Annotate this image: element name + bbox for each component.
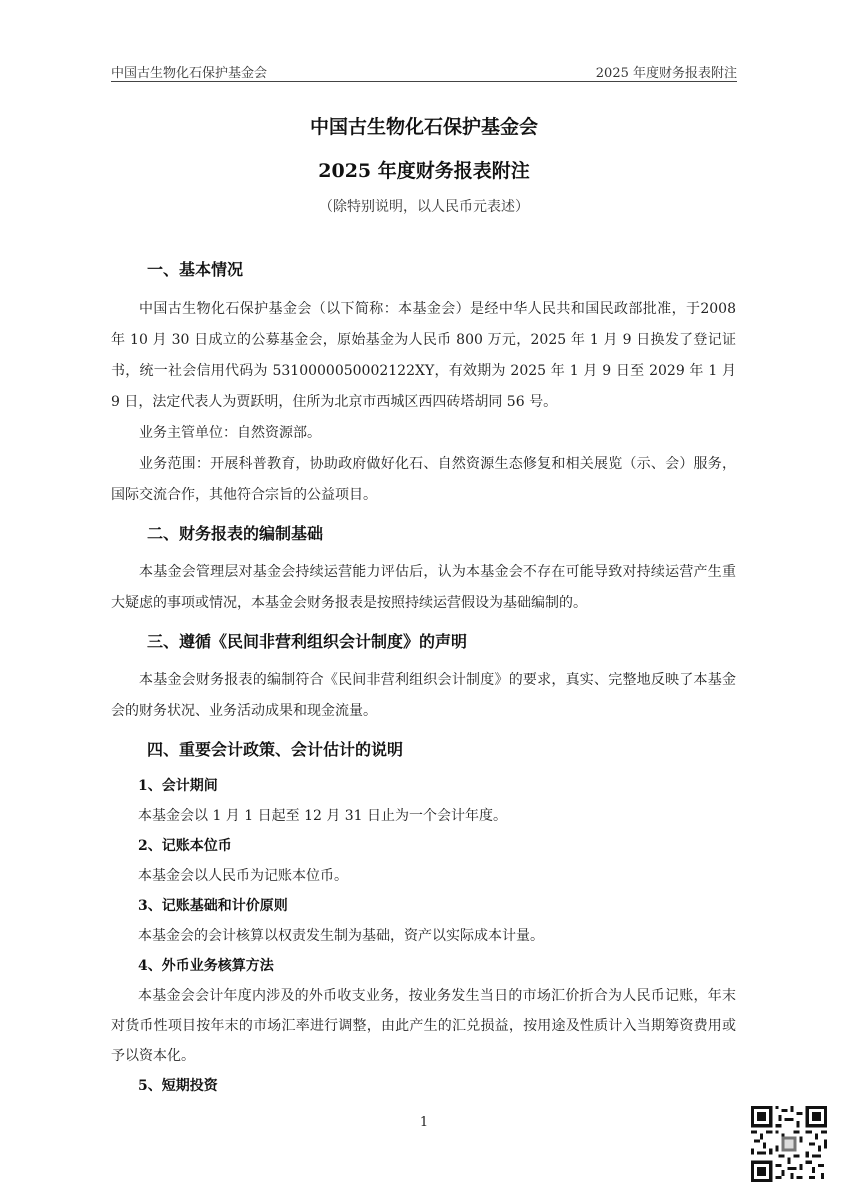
- document-subtitle: （除特别说明，以人民币元表述）: [0, 196, 848, 216]
- subsection-text-foreign-currency: 本基金会会计年度内涉及的外币收支业务，按业务发生当日的市场汇价折合为人民币记账，…: [111, 981, 736, 1071]
- header-org-name: 中国古生物化石保护基金会: [111, 62, 267, 81]
- subsection-text-accounting-basis: 本基金会的会计核算以权责发生制为基础，资产以实际成本计量。: [111, 921, 736, 951]
- paragraph-preparation-basis: 本基金会管理层对基金会持续运营能力评估后，认为本基金会不存在可能导致对持续运营产…: [111, 557, 736, 619]
- paragraph-basic-info: 中国古生物化石保护基金会（以下简称：本基金会）是经中华人民共和国民政部批准，于2…: [111, 294, 736, 418]
- paragraph-compliance: 本基金会财务报表的编制符合《民间非营利组织会计制度》的要求，真实、完整地反映了本…: [111, 665, 736, 727]
- section-heading-preparation-basis: 二、财务报表的编制基础: [111, 515, 736, 553]
- section-heading-accounting-policies: 四、重要会计政策、会计估计的说明: [111, 731, 736, 769]
- subsection-heading-functional-currency: 2、记账本位币: [111, 831, 736, 861]
- paragraph-business-scope: 业务范围：开展科普教育，协助政府做好化石、自然资源生态修复和相关展览（示、会）服…: [111, 449, 736, 511]
- header-doc-name: 2025 年度财务报表附注: [596, 62, 737, 81]
- subsection-heading-short-term-investment: 5、短期投资: [111, 1071, 736, 1101]
- page-number: 1: [0, 1115, 848, 1130]
- paragraph-supervisor: 业务主管单位：自然资源部。: [111, 418, 736, 449]
- document-body: 一、基本情况 中国古生物化石保护基金会（以下简称：本基金会）是经中华人民共和国民…: [111, 252, 736, 1101]
- subsection-heading-accounting-basis: 3、记账基础和计价原则: [111, 891, 736, 921]
- subsection-text-functional-currency: 本基金会以人民币为记账本位币。: [111, 861, 736, 891]
- section-heading-compliance: 三、遵循《民间非营利组织会计制度》的声明: [111, 623, 736, 661]
- subsection-text-accounting-period: 本基金会以 1 月 1 日起至 12 月 31 日止为一个会计年度。: [111, 801, 736, 831]
- document-title-org: 中国古生物化石保护基金会: [0, 112, 848, 139]
- header-divider: [111, 81, 737, 82]
- document-title-report: 2025 年度财务报表附注: [0, 156, 848, 183]
- subsection-heading-accounting-period: 1、会计期间: [111, 771, 736, 801]
- section-heading-basic-info: 一、基本情况: [111, 252, 736, 288]
- page-header: 中国古生物化石保护基金会 2025 年度财务报表附注: [111, 61, 737, 81]
- qr-code-icon: [751, 1106, 827, 1182]
- subsection-heading-foreign-currency: 4、外币业务核算方法: [111, 951, 736, 981]
